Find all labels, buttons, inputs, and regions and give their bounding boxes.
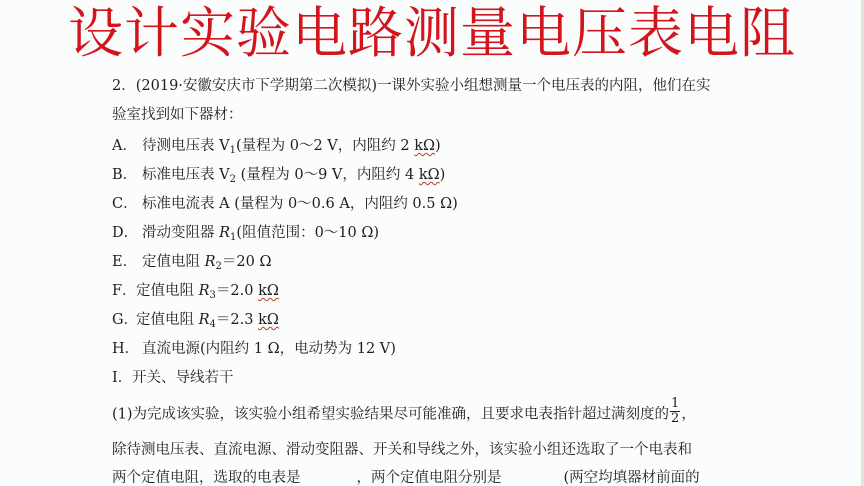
option-letter: E．	[112, 252, 142, 272]
question-stem-text: 一课外实验小组想测量一个电压表的内阻，他们在实	[377, 78, 711, 94]
part1-line-1: (1)为完成该实验，该实验小组希望实验结果尽可能准确，且要求电表指针超过满刻度的…	[112, 400, 696, 429]
part1-line-2: 除待测电压表、直流电源、滑动变阻器、开关和导线之外，该实验小组还选取了一个电表和	[112, 440, 692, 460]
fraction-one-half: 12	[670, 397, 680, 426]
option-letter: H．	[112, 339, 142, 359]
question-source: (2019·安徽安庆市下学期第二次模拟)	[136, 78, 377, 94]
option-letter: A．	[112, 136, 142, 156]
part1-line-3: 两个定值电阻，选取的电表是，两个定值电阻分别是(两空均填器材前面的	[112, 468, 700, 486]
option-letter: G．	[112, 310, 136, 330]
option-a: A．待测电压表 V1(量程为 0～2 V，内阻约 2 kΩ)	[112, 136, 441, 161]
spellcheck-underlined-unit: kΩ	[414, 138, 435, 154]
question-stem-line-1: 2．(2019·安徽安庆市下学期第二次模拟)一课外实验小组想测量一个电压表的内阻…	[112, 76, 711, 96]
option-letter: C．	[112, 194, 142, 214]
option-g: G．定值电阻 R4＝2.3 kΩ	[112, 310, 279, 335]
option-c: C．标准电流表 A (量程为 0～0.6 A，内阻约 0.5 Ω)	[112, 194, 458, 214]
option-b: B．标准电压表 V2 (量程为 0～9 V，内阻约 4 kΩ)	[112, 165, 445, 190]
option-i: I．开关、导线若干	[112, 368, 234, 388]
question-number: 2．	[112, 78, 136, 94]
option-h: H．直流电源(内阻约 1 Ω，电动势为 12 V)	[112, 339, 396, 359]
spellcheck-underlined-unit: kΩ	[258, 312, 279, 328]
option-d: D．滑动变阻器 R1(阻值范围：0～10 Ω)	[112, 223, 379, 248]
question-stem-line-2: 验室找到如下器材：	[112, 105, 243, 125]
option-e: E．定值电阻 R2＝20 Ω	[112, 252, 272, 277]
option-letter: D．	[112, 223, 142, 243]
option-f: F．定值电阻 R3＝2.0 kΩ	[112, 281, 279, 306]
spellcheck-underlined-unit: kΩ	[419, 167, 440, 183]
option-letter: B．	[112, 165, 142, 185]
spellcheck-underlined-unit: kΩ	[258, 283, 279, 299]
page-title: 设计实验电路测量电压表电阻	[0, 2, 864, 64]
option-letter: I．	[112, 368, 132, 388]
option-letter: F．	[112, 281, 136, 301]
